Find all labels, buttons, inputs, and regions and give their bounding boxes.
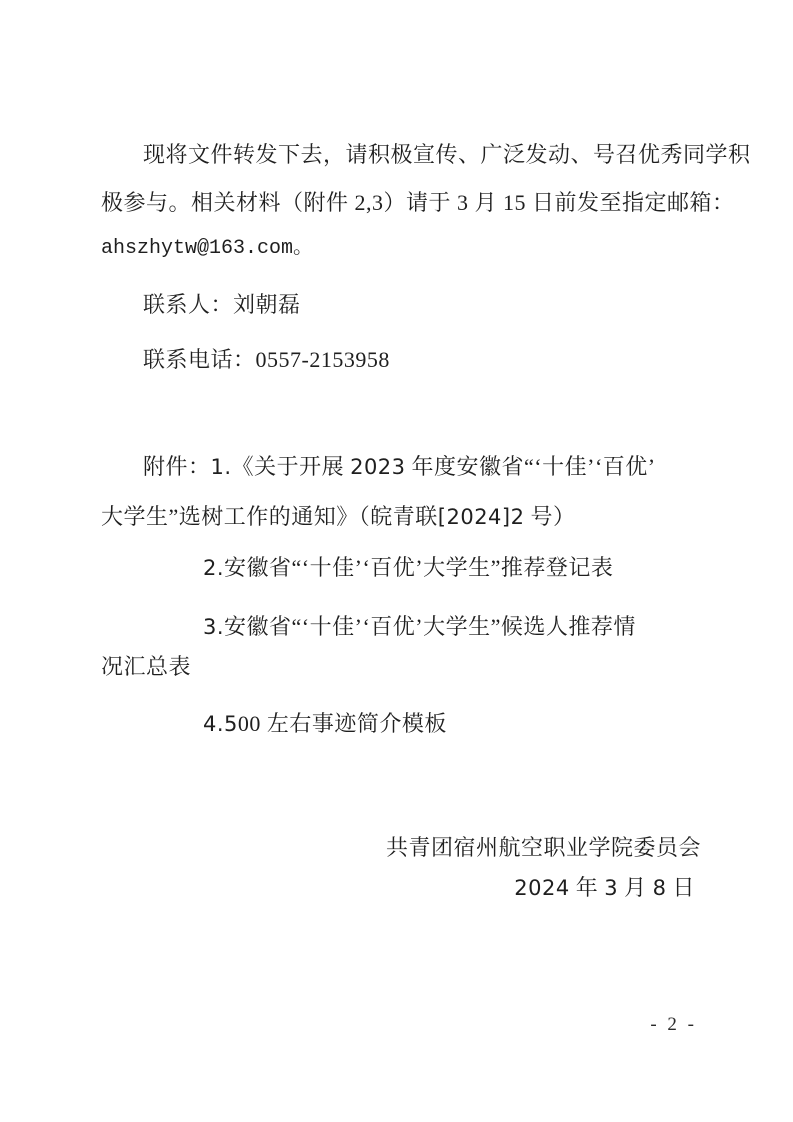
page-number: - 2 - bbox=[650, 1012, 697, 1038]
document-page: 现将文件转发下去，请积极宣传、广泛发动、号召优秀同学积 极参与。相关材料（附件 … bbox=[0, 0, 793, 1122]
signature-organization-line: 共青团宿州航空职业学院委员会 bbox=[101, 833, 701, 863]
signature-date-line: 2024 年 3 月 8 日 bbox=[101, 873, 701, 903]
contact-person-line: 联系人：刘朝磊 bbox=[101, 290, 701, 320]
document-content: 现将文件转发下去，请积极宣传、广泛发动、号召优秀同学积 极参与。相关材料（附件 … bbox=[101, 0, 701, 1122]
forward-paragraph-line-1: 现将文件转发下去，请积极宣传、广泛发动、号召优秀同学积 bbox=[101, 140, 701, 170]
contact-phone-line: 联系电话：0557-2153958 bbox=[101, 345, 701, 375]
forward-paragraph-email-line: ahszhytw@163.com。 bbox=[101, 234, 701, 264]
attachment-item-1-line-1: 附件：1.《关于开展 2023 年度安徽省“‘十佳’‘百优’ bbox=[101, 452, 701, 482]
attachment-item-2-line: 2.安徽省“‘十佳’‘百优’大学生”推荐登记表 bbox=[101, 553, 701, 583]
attachment-item-3-line-2: 况汇总表 bbox=[101, 652, 701, 682]
attachment-item-1-line-2: 大学生”选树工作的通知》（皖青联[2024]2 号） bbox=[101, 502, 701, 532]
attachment-item-4-line: 4.500 左右事迹简介模板 bbox=[101, 709, 701, 739]
forward-paragraph-line-2: 极参与。相关材料（附件 2,3）请于 3 月 15 日前发至指定邮箱： bbox=[101, 188, 701, 218]
attachment-item-3-line-1: 3.安徽省“‘十佳’‘百优’大学生”候选人推荐情 bbox=[101, 612, 701, 642]
